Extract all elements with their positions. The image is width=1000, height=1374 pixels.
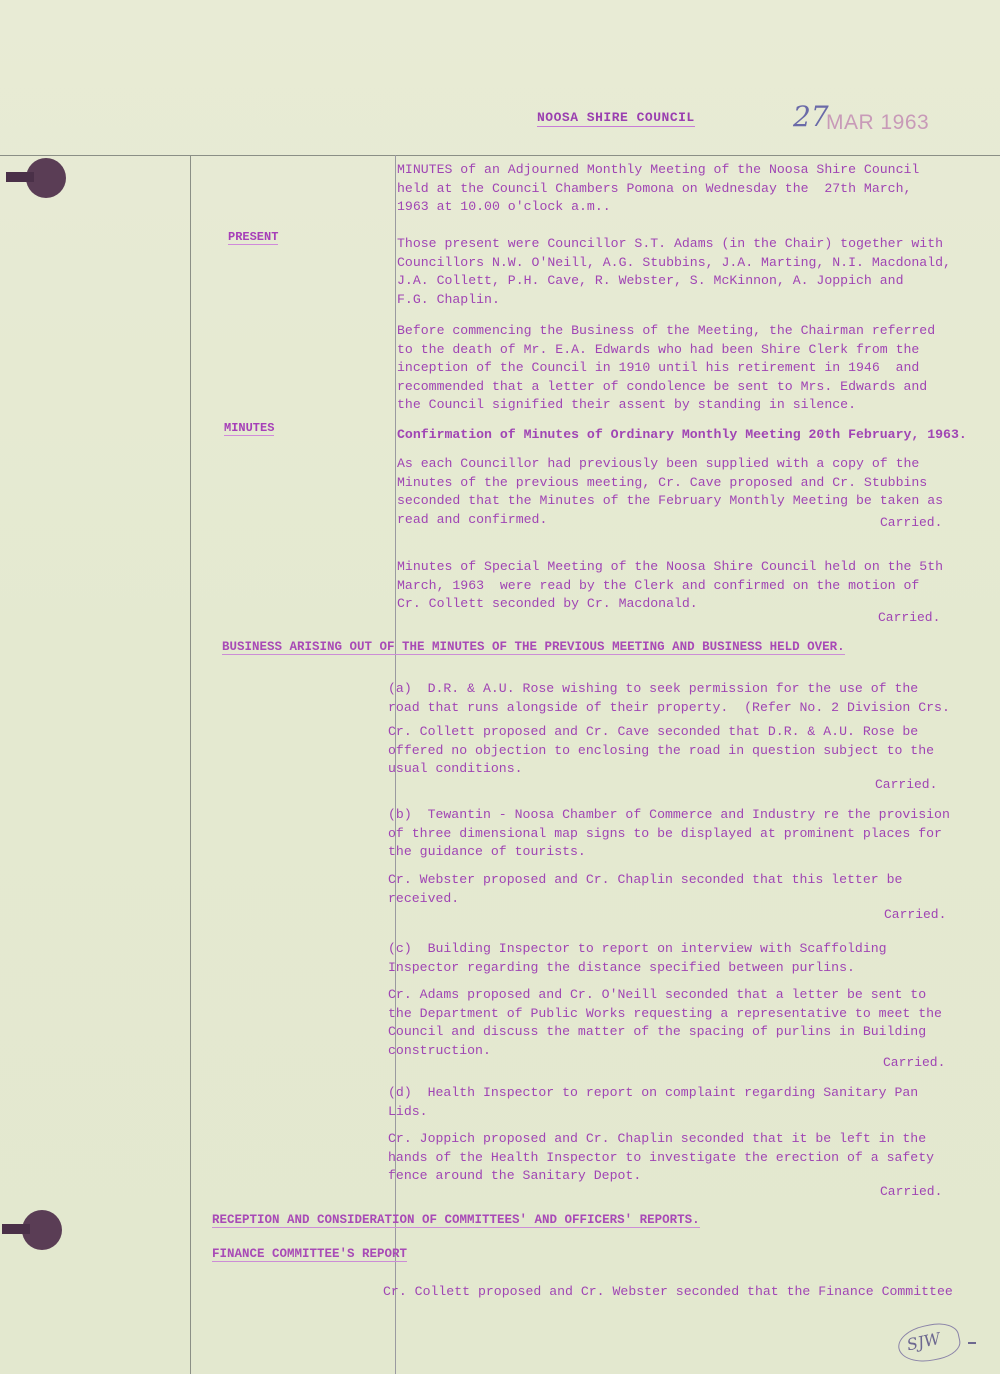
punch-hole-top [26,158,66,198]
intro-paragraph: MINUTES of an Adjourned Monthly Meeting … [397,161,997,217]
header-rule [0,155,1000,156]
carried-label: Carried. [878,610,940,625]
section-heading-business-arising: BUSINESS ARISING OUT OF THE MINUTES OF T… [222,640,845,655]
signature-initials: SJW [905,1329,942,1355]
carried-label: Carried. [875,777,937,792]
carried-label: Carried. [884,907,946,922]
carried-label: Carried. [880,1184,942,1199]
item-c-motion: Cr. Adams proposed and Cr. O'Neill secon… [388,986,988,1060]
special-meeting-paragraph: Minutes of Special Meeting of the Noosa … [397,558,997,614]
item-b-motion: Cr. Webster proposed and Cr. Chaplin sec… [388,871,988,908]
signature-dash [968,1342,976,1344]
carried-label: Carried. [880,515,942,530]
condolence-paragraph: Before commencing the Business of the Me… [397,322,997,415]
carried-label: Carried. [883,1055,945,1070]
item-d-motion: Cr. Joppich proposed and Cr. Chaplin sec… [388,1130,988,1186]
council-title: NOOSA SHIRE COUNCIL [537,110,695,127]
initials-signature: SJW [895,1319,963,1367]
date-stamp: MAR 1963 [826,111,929,135]
item-d-paragraph: (d) Health Inspector to report on compla… [388,1084,988,1121]
section-heading-reception: RECEPTION AND CONSIDERATION OF COMMITTEE… [212,1213,700,1228]
item-c-paragraph: (c) Building Inspector to report on inte… [388,940,988,977]
punch-hole-bottom [22,1210,62,1250]
confirmation-heading: Confirmation of Minutes of Ordinary Mont… [397,426,997,445]
margin-heading-present: PRESENT [228,230,278,245]
margin-rule-outer [190,155,191,1374]
handwritten-day: 27 [793,100,829,133]
item-a-motion: Cr. Collett proposed and Cr. Cave second… [388,723,988,779]
finance-motion: Cr. Collett proposed and Cr. Webster sec… [383,1283,983,1302]
item-b-paragraph: (b) Tewantin - Noosa Chamber of Commerce… [388,806,988,862]
document-page: NOOSA SHIRE COUNCIL 27 MAR 1963 PRESENT … [0,0,1000,1374]
section-heading-finance: FINANCE COMMITTEE'S REPORT [212,1247,407,1262]
margin-heading-minutes: MINUTES [224,421,274,436]
item-a-paragraph: (a) D.R. & A.U. Rose wishing to seek per… [388,680,988,717]
present-paragraph: Those present were Councillor S.T. Adams… [397,235,997,309]
